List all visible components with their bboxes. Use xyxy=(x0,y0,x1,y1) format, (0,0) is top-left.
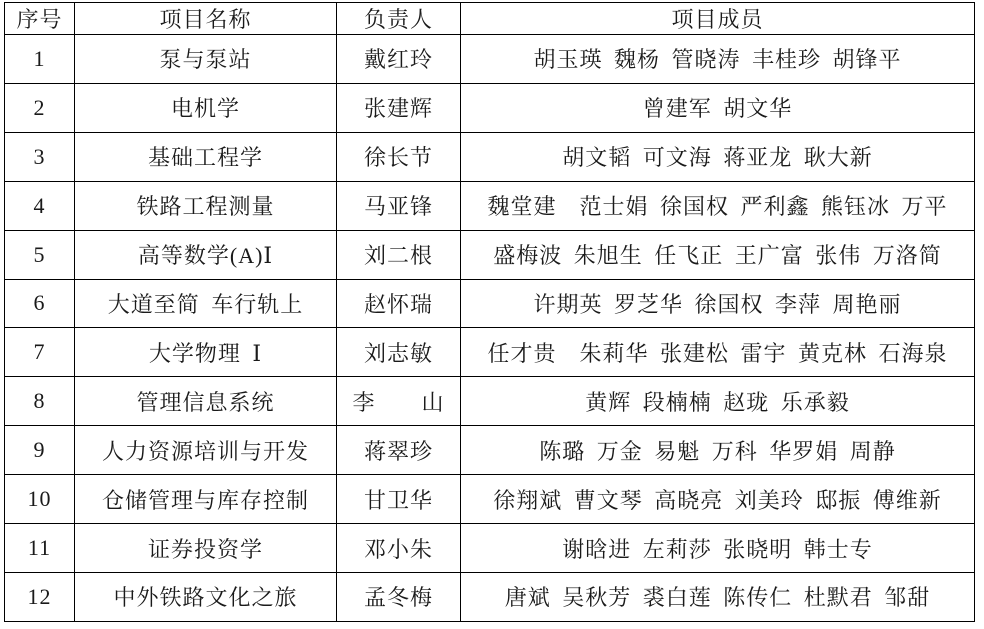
cell-leader: 赵怀瑞 xyxy=(337,279,461,328)
cell-members: 胡文韬 可文海 蒋亚龙 耿大新 xyxy=(461,132,975,181)
table-row: 10 仓储管理与库存控制 甘卫华 徐翔斌 曹文琴 高晓亮 刘美玲 邸振 傅维新 xyxy=(5,475,975,524)
cell-members: 许期英 罗芝华 徐国权 李萍 周艳丽 xyxy=(461,279,975,328)
table-row: 1 泵与泵站 戴红玲 胡玉瑛 魏杨 管晓涛 丰桂珍 胡锋平 xyxy=(5,35,975,84)
cell-leader: 刘二根 xyxy=(337,230,461,279)
header-serial-number: 序号 xyxy=(5,3,75,35)
header-leader: 负责人 xyxy=(337,3,461,35)
cell-project-name: 高等数学(A)Ⅰ xyxy=(75,230,337,279)
cell-project-name: 人力资源培训与开发 xyxy=(75,426,337,475)
cell-project-name: 证券投资学 xyxy=(75,524,337,573)
cell-members: 曾建军 胡文华 xyxy=(461,83,975,132)
cell-members: 徐翔斌 曹文琴 高晓亮 刘美玲 邸振 傅维新 xyxy=(461,475,975,524)
cell-leader: 蒋翠珍 xyxy=(337,426,461,475)
cell-leader: 戴红玲 xyxy=(337,35,461,84)
cell-members: 魏堂建 范士娟 徐国权 严利鑫 熊钰冰 万平 xyxy=(461,181,975,230)
cell-leader: 刘志敏 xyxy=(337,328,461,377)
cell-leader: 孟冬梅 xyxy=(337,572,461,621)
cell-serial-number: 12 xyxy=(5,572,75,621)
cell-serial-number: 10 xyxy=(5,475,75,524)
cell-project-name: 仓储管理与库存控制 xyxy=(75,475,337,524)
table-row: 3 基础工程学 徐长节 胡文韬 可文海 蒋亚龙 耿大新 xyxy=(5,132,975,181)
cell-leader: 张建辉 xyxy=(337,83,461,132)
cell-members: 谢晗进 左莉莎 张晓明 韩士专 xyxy=(461,524,975,573)
cell-project-name: 大学物理 Ⅰ xyxy=(75,328,337,377)
cell-members: 陈璐 万金 易魁 万科 华罗娟 周静 xyxy=(461,426,975,475)
cell-project-name: 电机学 xyxy=(75,83,337,132)
table-row: 5 高等数学(A)Ⅰ 刘二根 盛梅波 朱旭生 任飞正 王广富 张伟 万洛简 xyxy=(5,230,975,279)
cell-project-name: 泵与泵站 xyxy=(75,35,337,84)
cell-members: 盛梅波 朱旭生 任飞正 王广富 张伟 万洛简 xyxy=(461,230,975,279)
document-page: 序号 项目名称 负责人 项目成员 1 泵与泵站 戴红玲 胡玉瑛 魏杨 管晓涛 丰… xyxy=(0,0,984,629)
table-row: 12 中外铁路文化之旅 孟冬梅 唐斌 吴秋芳 裘白莲 陈传仁 杜默君 邹甜 xyxy=(5,572,975,621)
cell-leader: 邓小朱 xyxy=(337,524,461,573)
cell-serial-number: 3 xyxy=(5,132,75,181)
cell-members: 任才贵 朱莉华 张建松 雷宇 黄克林 石海泉 xyxy=(461,328,975,377)
cell-serial-number: 5 xyxy=(5,230,75,279)
header-members: 项目成员 xyxy=(461,3,975,35)
cell-leader: 李 山 xyxy=(337,377,461,426)
table-row: 11 证券投资学 邓小朱 谢晗进 左莉莎 张晓明 韩士专 xyxy=(5,524,975,573)
cell-serial-number: 6 xyxy=(5,279,75,328)
cell-serial-number: 9 xyxy=(5,426,75,475)
table-row: 4 铁路工程测量 马亚锋 魏堂建 范士娟 徐国权 严利鑫 熊钰冰 万平 xyxy=(5,181,975,230)
cell-project-name: 铁路工程测量 xyxy=(75,181,337,230)
table-row: 8 管理信息系统 李 山 黄辉 段楠楠 赵珑 乐承毅 xyxy=(5,377,975,426)
cell-serial-number: 2 xyxy=(5,83,75,132)
cell-leader: 马亚锋 xyxy=(337,181,461,230)
cell-project-name: 管理信息系统 xyxy=(75,377,337,426)
cell-project-name: 大道至简 车行轨上 xyxy=(75,279,337,328)
cell-serial-number: 11 xyxy=(5,524,75,573)
cell-serial-number: 8 xyxy=(5,377,75,426)
cell-leader: 徐长节 xyxy=(337,132,461,181)
table-row: 6 大道至简 车行轨上 赵怀瑞 许期英 罗芝华 徐国权 李萍 周艳丽 xyxy=(5,279,975,328)
header-row: 序号 项目名称 负责人 项目成员 xyxy=(5,3,975,35)
cell-serial-number: 7 xyxy=(5,328,75,377)
header-project-name: 项目名称 xyxy=(75,3,337,35)
project-members-table: 序号 项目名称 负责人 项目成员 1 泵与泵站 戴红玲 胡玉瑛 魏杨 管晓涛 丰… xyxy=(4,2,975,622)
cell-serial-number: 1 xyxy=(5,35,75,84)
cell-members: 胡玉瑛 魏杨 管晓涛 丰桂珍 胡锋平 xyxy=(461,35,975,84)
table-row: 9 人力资源培训与开发 蒋翠珍 陈璐 万金 易魁 万科 华罗娟 周静 xyxy=(5,426,975,475)
cell-project-name: 中外铁路文化之旅 xyxy=(75,572,337,621)
table-row: 2 电机学 张建辉 曾建军 胡文华 xyxy=(5,83,975,132)
cell-members: 黄辉 段楠楠 赵珑 乐承毅 xyxy=(461,377,975,426)
cell-leader: 甘卫华 xyxy=(337,475,461,524)
cell-project-name: 基础工程学 xyxy=(75,132,337,181)
table-row: 7 大学物理 Ⅰ 刘志敏 任才贵 朱莉华 张建松 雷宇 黄克林 石海泉 xyxy=(5,328,975,377)
cell-serial-number: 4 xyxy=(5,181,75,230)
cell-members: 唐斌 吴秋芳 裘白莲 陈传仁 杜默君 邹甜 xyxy=(461,572,975,621)
